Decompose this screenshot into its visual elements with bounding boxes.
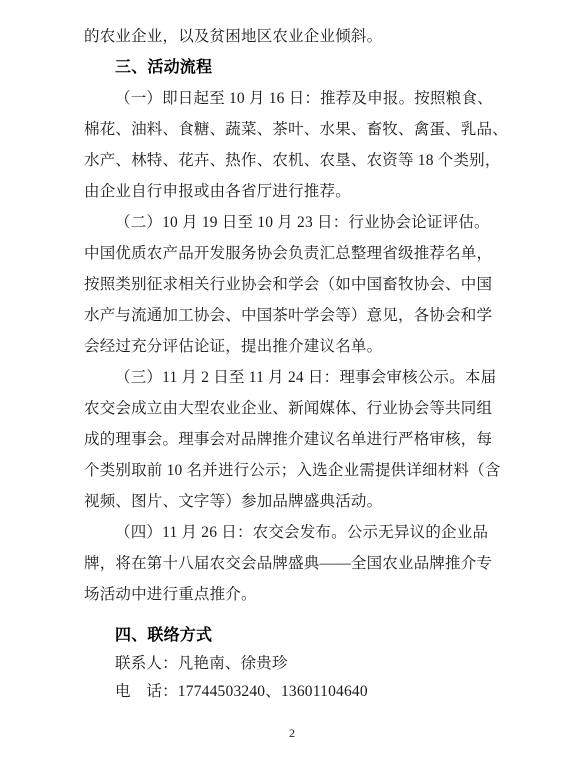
text-line: 中国优质农产品开发服务协会负责汇总整理省级推荐名单， (84, 238, 508, 269)
text-line: 农交会成立由大型农业企业、新闻媒体、行业协会等共同组 (84, 393, 508, 424)
text-line: 个类别取前 10 名并进行公示；入选企业需提供详细材料（含 (84, 455, 508, 486)
heading-contact-method: 四、联络方式 (84, 622, 508, 650)
text-line: 成的理事会。理事会对品牌推介建议名单进行严格审核，每 (84, 424, 508, 455)
page-number: 2 (0, 726, 584, 741)
text-line: 水产、林特、花卉、热作、农机、农垦、农资等 18 个类别， (84, 145, 508, 176)
text-line: 按照类别征求相关行业协会和学会（如中国畜牧协会、中国 (84, 269, 508, 300)
text-line: 水产与流通加工协会、中国茶叶学会等）意见，各协会和学 (84, 300, 508, 331)
contact-person-line: 联系人：凡艳南、徐贵珍 (84, 650, 508, 678)
document-text-block: 的农业企业，以及贫困地区农业企业倾斜。 三、活动流程 （一）即日起至 10 月 … (84, 21, 508, 706)
text-line: 由企业自行申报或由各省厅进行推荐。 (84, 176, 508, 207)
text-line: 的农业企业，以及贫困地区农业企业倾斜。 (84, 21, 508, 52)
text-line: 棉花、油料、食糖、蔬菜、茶叶、水果、畜牧、禽蛋、乳品、 (84, 114, 508, 145)
text-line: 牌，将在第十八届农交会品牌盛典——全国农业品牌推介专 (84, 548, 508, 579)
text-line: （一）即日起至 10 月 16 日：推荐及申报。按照粮食、 (84, 83, 508, 114)
text-line: （二）10 月 19 日至 10 月 23 日：行业协会论证评估。 (84, 207, 508, 238)
text-line: 视频、图片、文字等）参加品牌盛典活动。 (84, 486, 508, 517)
text-line: 场活动中进行重点推介。 (84, 579, 508, 610)
text-line: 会经过充分评估论证，提出推介建议名单。 (84, 331, 508, 362)
text-line: （四）11 月 26 日：农交会发布。公示无异议的企业品 (84, 517, 508, 548)
document-page: 的农业企业，以及贫困地区农业企业倾斜。 三、活动流程 （一）即日起至 10 月 … (0, 0, 584, 779)
contact-phone-line: 电 话：17744503240、13601104640 (84, 678, 508, 706)
heading-activity-process: 三、活动流程 (84, 52, 508, 83)
text-line: （三）11 月 2 日至 11 月 24 日：理事会审核公示。本届 (84, 362, 508, 393)
